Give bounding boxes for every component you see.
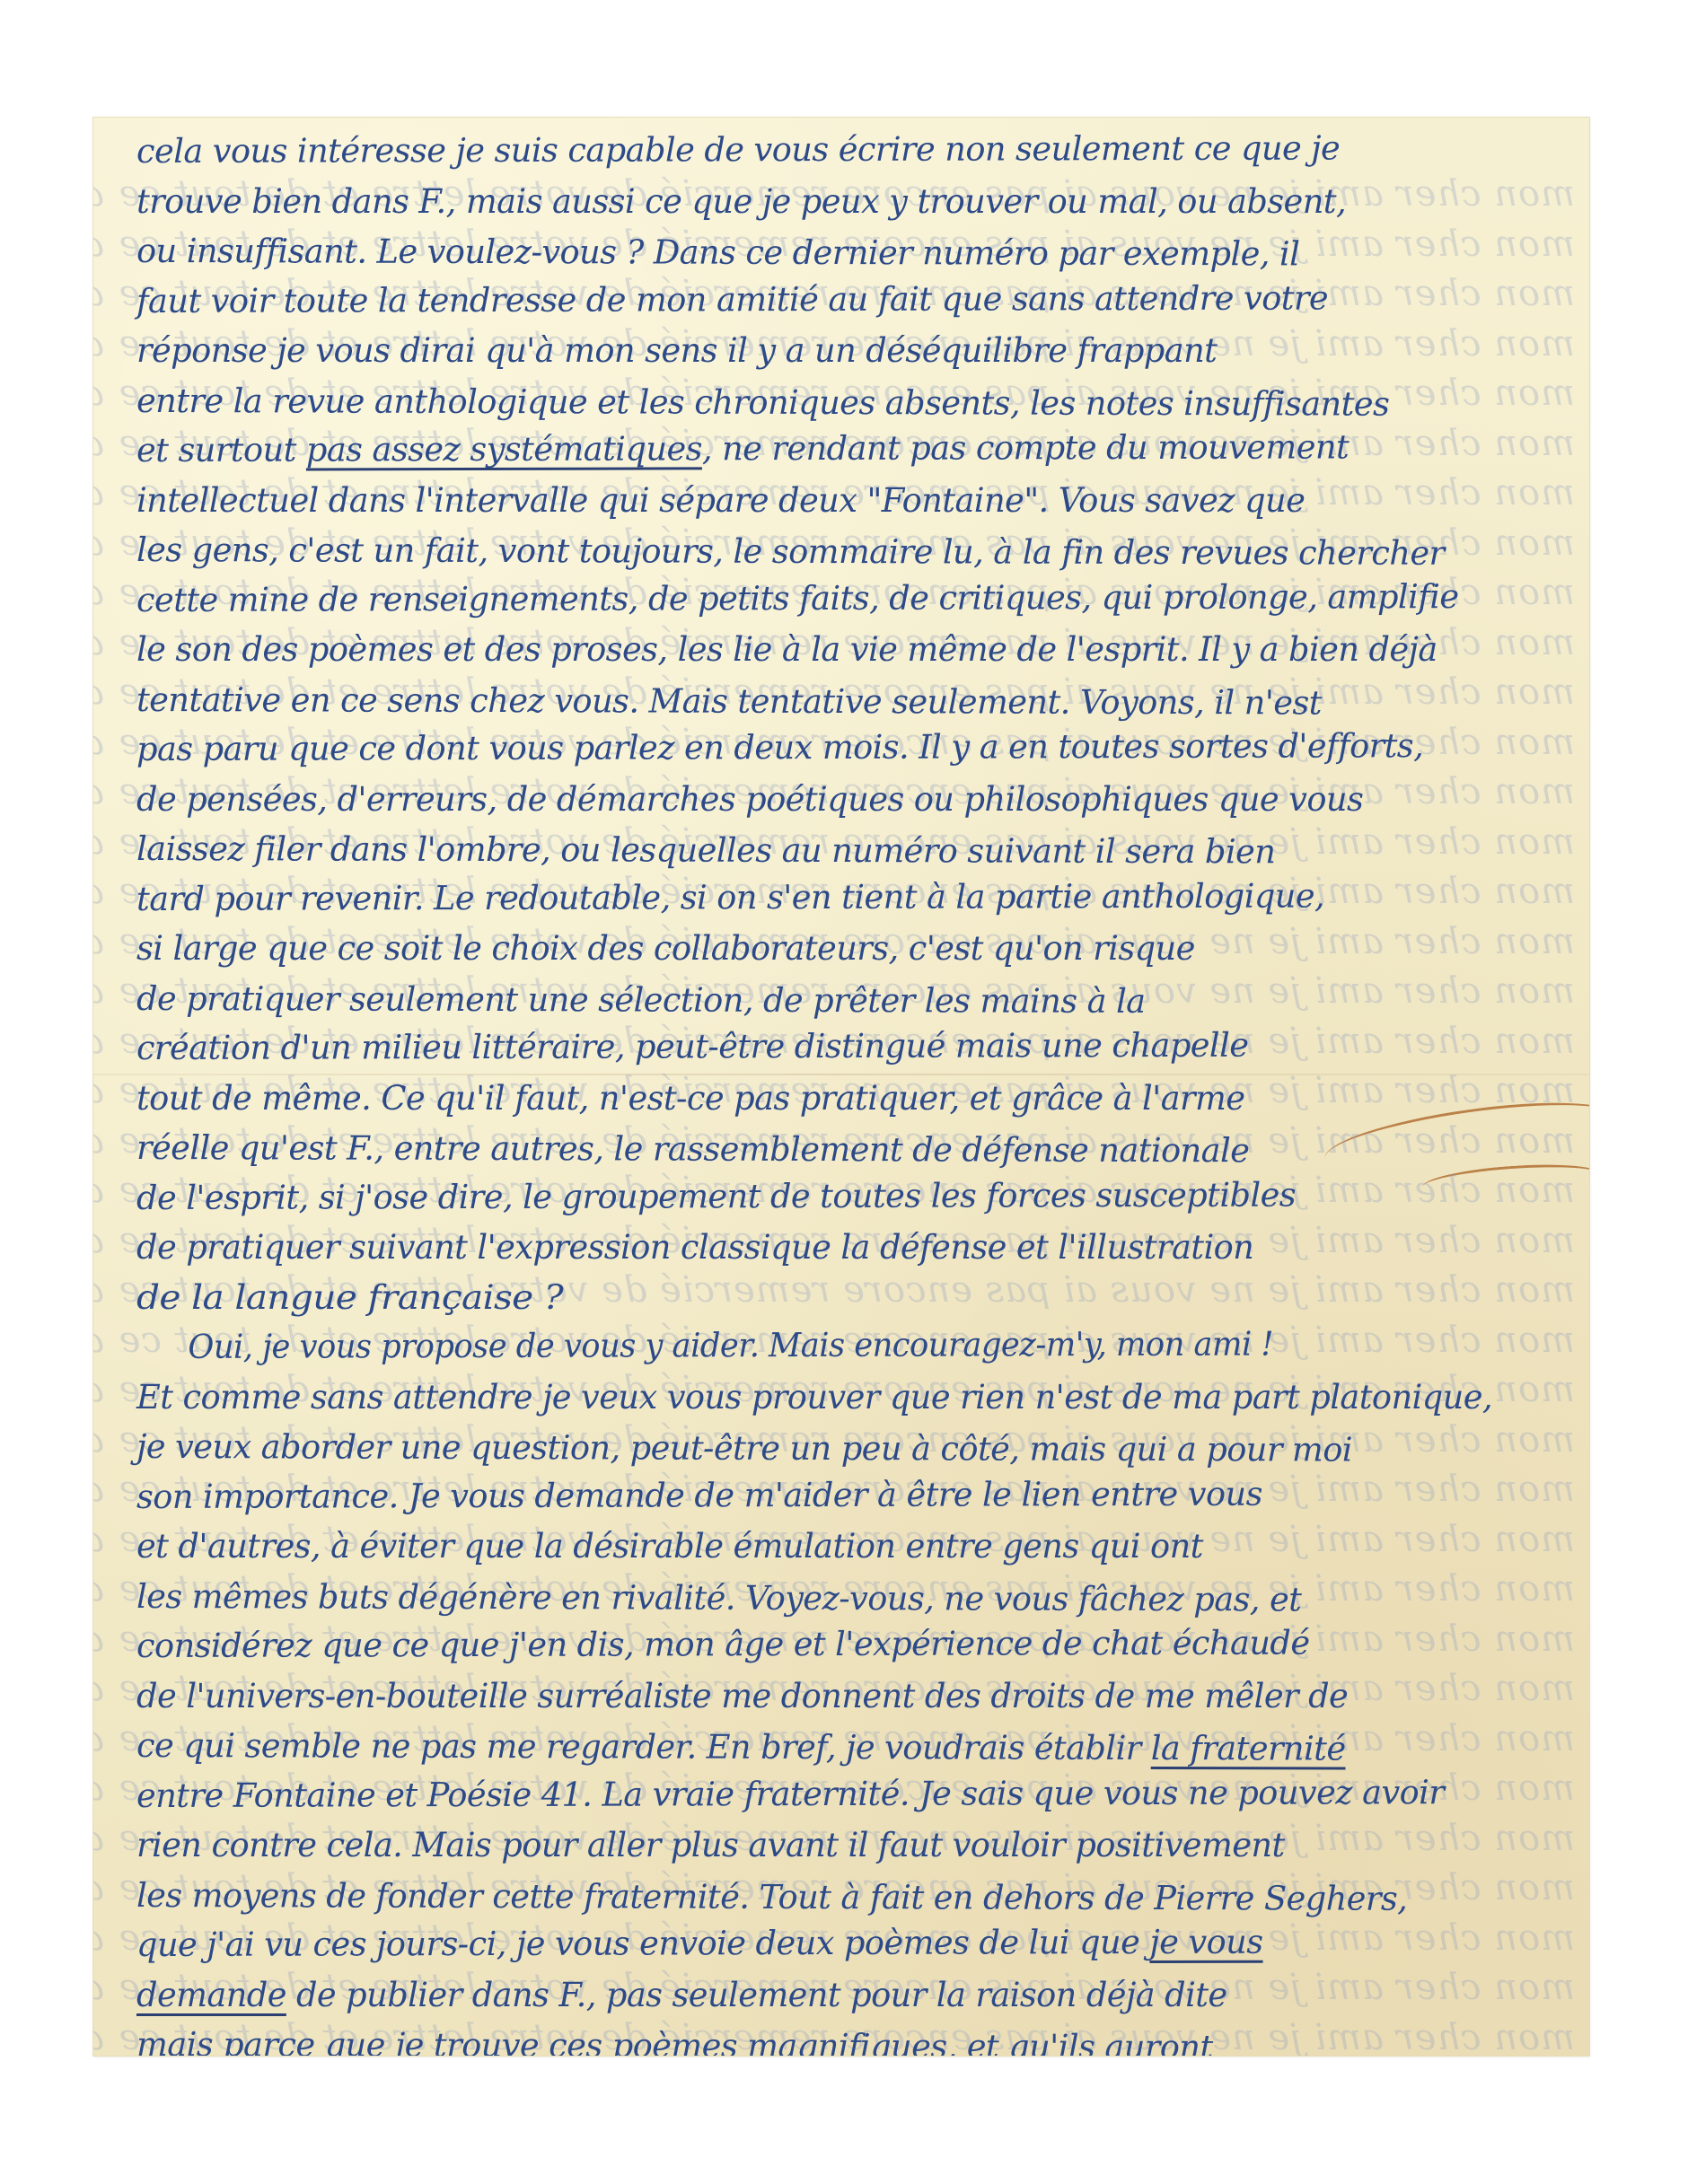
letter-line: si large que ce soit le choix des collab… [136, 924, 1564, 974]
letter-line: Et comme sans attendre je veux vous prou… [136, 1373, 1564, 1423]
letter-line: tentative en ce sens chez vous. Mais ten… [136, 675, 1564, 729]
underlined-phrase: la fraternité [1151, 1729, 1346, 1768]
letter-line: les mêmes buts dégénère en rivalité. Voy… [136, 1572, 1564, 1626]
letter-line: et d'autres, à éviter que la désirable é… [136, 1522, 1564, 1572]
letter-line: les gens, c'est un fait, vont toujours, … [136, 525, 1564, 579]
letter-line: tout de même. Ce qu'il faut, n'est-ce pa… [136, 1074, 1564, 1124]
letter-line: réelle qu'est F., entre autres, le rasse… [136, 1123, 1564, 1177]
underlined-phrase: demande [136, 1976, 286, 2014]
letter-line: entre Fontaine et Poésie 41. La vraie fr… [136, 1767, 1564, 1820]
letter-line: je veux aborder une question, peut-être … [136, 1422, 1564, 1476]
letter-line: tard pour revenir. Le redoutable, si on … [136, 870, 1564, 924]
letter-page: mon cher ami je ne vous ai pas encore re… [93, 118, 1589, 2056]
letter-line: de l'esprit, si j'ose dire, le groupemen… [136, 1169, 1564, 1223]
letter-line: cette mine de renseignements, de petits … [136, 571, 1564, 625]
letter-line: réponse je vous dirai qu'à mon sens il y… [136, 326, 1564, 376]
letter-line: entre la revue anthologique et les chron… [136, 376, 1564, 430]
letter-line: de pensées, d'erreurs, de démarches poét… [136, 775, 1564, 825]
letter-line: de pratiquer suivant l'expression classi… [136, 1223, 1564, 1273]
letter-line: de pratiquer seulement une sélection, de… [136, 974, 1564, 1028]
underlined-phrase: je vous [1149, 1923, 1262, 1961]
letter-line: de la langue française ? [136, 1273, 1589, 1323]
letter-line: que j'ai vu ces jours-ci, je vous envoie… [136, 1916, 1564, 1970]
letter-line: considérez que ce que j'en dis, mon âge … [136, 1618, 1564, 1671]
letter-line: cela vous intéresse je suis capable de v… [136, 123, 1564, 177]
letter-line: pas paru que ce dont vous parlez en deux… [136, 721, 1564, 775]
letter-line: trouve bien dans F., mais aussi ce que j… [136, 177, 1564, 227]
letter-line: mais parce que je trouve ces poèmes magn… [136, 2020, 1564, 2056]
letter-line: laissez filer dans l'ombre, ou lesquelle… [136, 824, 1564, 878]
letter-line: de l'univers-en-bouteille surréaliste me… [136, 1671, 1564, 1722]
letter-line: ou insuffisant. Le voulez-vous ? Dans ce… [136, 226, 1564, 280]
letter-line: ce qui semble ne pas me regarder. En bre… [136, 1721, 1564, 1775]
letter-line: les moyens de fonder cette fraternité. T… [136, 1871, 1564, 1925]
letter-line: faut voir toute la tendresse de mon amit… [136, 272, 1564, 326]
letter-line: création d'un milieu littéraire, peut-êt… [136, 1020, 1564, 1074]
letter-line: Oui, je vous propose de vous y aider. Ma… [136, 1319, 1510, 1373]
letter-line: intellectuel dans l'intervalle qui sépar… [136, 476, 1564, 526]
letter-line: demande de publier dans F., pas seulemen… [136, 1970, 1564, 2021]
letter-line: rien contre cela. Mais pour aller plus a… [136, 1820, 1564, 1871]
letter-line: le son des poèmes et des proses, les lie… [136, 625, 1564, 675]
letter-body: cela vous intéresse je suis capable de v… [136, 127, 1573, 2056]
letter-line: son importance. Je vous demande de m'aid… [136, 1468, 1564, 1522]
underlined-phrase: pas assez systématiques [306, 429, 702, 469]
letter-line: et surtout pas assez systématiques, ne r… [136, 422, 1564, 476]
